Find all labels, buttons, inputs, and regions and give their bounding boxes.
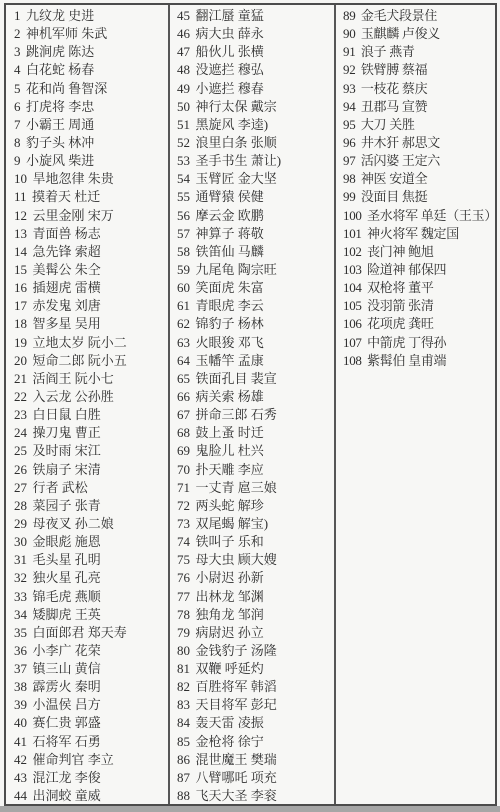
roster-row: 14急先锋 索超	[14, 243, 166, 261]
rank-number: 59	[177, 261, 190, 279]
rank-number: 97	[343, 152, 355, 170]
hero-entry-text: 美髯公 朱仝	[32, 262, 100, 277]
roster-column-3: 89金毛犬段景住90玉麒麟 卢俊义91浪子 燕青92铁臂膊 蔡福93一枝花 蔡庆…	[343, 7, 493, 804]
roster-row: 5花和尚 鲁智深	[14, 80, 166, 98]
roster-row: 94丑郡马 宣赞	[343, 98, 493, 116]
roster-row: 105没羽箭 张清	[343, 297, 493, 315]
rank-number: 89	[343, 7, 355, 25]
rank-number: 11	[14, 188, 27, 206]
hero-entry-text: 活闪婆 王定六	[361, 153, 440, 168]
hero-entry-text: 丑郡马 宣赞	[361, 99, 427, 114]
hero-entry-text: 翻江蜃 童猛	[195, 8, 263, 23]
hero-entry-text: 小温侯 吕方	[32, 697, 100, 712]
rank-number: 56	[177, 207, 190, 225]
rank-number: 69	[177, 442, 190, 460]
hero-entry-text: 鼓上蚤 时迁	[195, 425, 263, 440]
rank-number: 82	[177, 678, 190, 696]
rank-number: 65	[177, 370, 190, 388]
roster-row: 38霹雳火 秦明	[14, 678, 166, 696]
rank-number: 16	[14, 279, 27, 297]
hero-entry-text: 船伙儿 张横	[195, 44, 263, 59]
hero-entry-text: 百胜将军 韩滔	[195, 679, 276, 694]
roster-row: 2神机军师 朱武	[14, 25, 166, 43]
hero-entry-text: 神算子 蒋敬	[195, 226, 263, 241]
roster-row: 70扑天雕 李应	[177, 461, 332, 479]
hero-entry-text: 火眼狻 邓飞	[195, 335, 263, 350]
roster-row: 23白日鼠 白胜	[14, 406, 166, 424]
roster-row: 7小霸王 周通	[14, 116, 166, 134]
rank-number: 83	[177, 696, 190, 714]
rank-number: 79	[177, 624, 190, 642]
rank-number: 96	[343, 134, 355, 152]
hero-entry-text: 催命判官 李立	[32, 752, 113, 767]
roster-row: 69鬼脸儿 杜兴	[177, 442, 332, 460]
roster-row: 54玉臂匠 金大坚	[177, 170, 332, 188]
rank-number: 58	[177, 243, 190, 261]
rank-number: 60	[177, 279, 190, 297]
rank-number: 34	[14, 606, 27, 624]
hero-entry-text: 云里金刚 宋万	[32, 208, 113, 223]
hero-entry-text: 智多星 吴用	[32, 316, 100, 331]
rank-number: 70	[177, 461, 190, 479]
hero-entry-text: 紫髯伯 皇甫端	[367, 353, 446, 368]
roster-row: 86混世魔王 樊瑞	[177, 751, 332, 769]
rank-number: 39	[14, 696, 27, 714]
hero-entry-text: 青眼虎 李云	[195, 298, 263, 313]
hero-entry-text: 金眼彪 施恩	[32, 534, 100, 549]
hero-entry-text: 黑旋风 李逵)	[195, 117, 268, 132]
roster-row: 53圣手书生 萧让)	[177, 152, 332, 170]
hero-entry-text: 大刀 关胜	[361, 117, 415, 132]
roster-row: 1九纹龙 史进	[14, 7, 166, 25]
hero-entry-text: 铁面孔目 裴宣	[195, 371, 276, 386]
hero-entry-text: 入云龙 公孙胜	[32, 389, 113, 404]
rank-number: 35	[14, 624, 27, 642]
rank-number: 90	[343, 25, 355, 43]
hero-entry-text: 锦毛虎 燕顺	[32, 589, 100, 604]
roster-row: 50神行太保 戴宗	[177, 98, 332, 116]
hero-entry-text: 小旋风 柴进	[26, 153, 94, 168]
rank-number: 84	[177, 714, 190, 732]
hero-entry-text: 摩云金 欧鹏	[195, 208, 263, 223]
roster-row: 64玉幡竿 孟康	[177, 352, 332, 370]
hero-entry-text: 菜园子 张青	[32, 498, 100, 513]
rank-number: 2	[14, 25, 21, 43]
rank-number: 50	[177, 98, 190, 116]
hero-entry-text: 没遮拦 穆弘	[195, 62, 263, 77]
rank-number: 64	[177, 352, 190, 370]
hero-entry-text: 活阎王 阮小七	[32, 371, 113, 386]
roster-row: 74铁叫子 乐和	[177, 533, 332, 551]
column-divider-2	[334, 5, 336, 804]
roster-row: 97活闪婆 王定六	[343, 152, 493, 170]
rank-number: 92	[343, 61, 355, 79]
rank-number: 52	[177, 134, 190, 152]
rank-number: 31	[14, 551, 27, 569]
roster-row: 9小旋风 柴进	[14, 152, 166, 170]
rank-number: 37	[14, 660, 27, 678]
hero-entry-text: 飞天大圣 李衮	[195, 788, 276, 803]
rank-number: 41	[14, 733, 27, 751]
roster-row: 84轰天雷 凌振	[177, 714, 332, 732]
roster-row: 107中箭虎 丁得孙	[343, 334, 493, 352]
hero-entry-text: 中箭虎 丁得孙	[367, 335, 446, 350]
rank-number: 14	[14, 243, 27, 261]
column-divider-1	[168, 5, 170, 804]
rank-number: 108	[343, 352, 362, 370]
roster-row: 67拼命三郎 石秀	[177, 406, 332, 424]
rank-number: 91	[343, 43, 355, 61]
hero-entry-text: 鬼脸儿 杜兴	[195, 443, 263, 458]
roster-row: 12云里金刚 宋万	[14, 207, 166, 225]
rank-number: 3	[14, 43, 21, 61]
rank-number: 44	[14, 787, 27, 804]
hero-entry-text: 及时雨 宋江	[32, 443, 100, 458]
hero-entry-text: 双枪将 董平	[367, 280, 433, 295]
roster-row: 68鼓上蚤 时迁	[177, 424, 332, 442]
roster-row: 48没遮拦 穆弘	[177, 61, 332, 79]
rank-number: 102	[343, 243, 362, 261]
roster-row: 35白面郎君 郑天寿	[14, 624, 166, 642]
rank-number: 29	[14, 515, 27, 533]
roster-row: 21活阎王 阮小七	[14, 370, 166, 388]
hero-entry-text: 铁扇子 宋清	[32, 462, 100, 477]
hero-entry-text: 小李广 花荣	[32, 643, 100, 658]
hero-entry-text: 玉幡竿 孟康	[195, 353, 263, 368]
roster-row: 73双尾蝎 解宝)	[177, 515, 332, 533]
hero-entry-text: 神机军师 朱武	[26, 26, 107, 41]
roster-row: 63火眼狻 邓飞	[177, 334, 332, 352]
roster-row: 47船伙儿 张横	[177, 43, 332, 61]
hero-entry-text: 九纹龙 史进	[26, 8, 94, 23]
roster-row: 3跳涧虎 陈达	[14, 43, 166, 61]
rank-number: 75	[177, 551, 190, 569]
rank-number: 99	[343, 188, 355, 206]
rank-number: 86	[177, 751, 190, 769]
hero-entry-text: 短命二郎 阮小五	[32, 353, 126, 368]
roster-row: 51黑旋风 李逵)	[177, 116, 332, 134]
hero-entry-text: 锦豹子 杨林	[195, 316, 263, 331]
hero-entry-text: 轰天雷 凌振	[195, 715, 263, 730]
rank-number: 100	[343, 207, 362, 225]
hero-entry-text: 混江龙 李俊	[32, 770, 100, 785]
roster-row: 77出林龙 邹渊	[177, 588, 332, 606]
rank-number: 12	[14, 207, 27, 225]
roster-row: 87八臂哪吒 项充	[177, 769, 332, 787]
hero-entry-text: 金钱豹子 汤隆	[195, 643, 276, 658]
rank-number: 85	[177, 733, 190, 751]
roster-row: 90玉麒麟 卢俊义	[343, 25, 493, 43]
hero-entry-text: 独火星 孔亮	[32, 570, 100, 585]
rank-number: 68	[177, 424, 190, 442]
hero-entry-text: 铁臂膊 蔡福	[361, 62, 427, 77]
hero-entry-text: 玉麒麟 卢俊义	[361, 26, 440, 41]
roster-row: 31毛头星 孔明	[14, 551, 166, 569]
hero-entry-text: 一丈青 扈三娘	[195, 480, 276, 495]
rank-number: 67	[177, 406, 190, 424]
roster-row: 10旱地忽律 朱贵	[14, 170, 166, 188]
rank-number: 28	[14, 497, 27, 515]
roster-row: 29母夜叉 孙二娘	[14, 515, 166, 533]
rank-number: 78	[177, 606, 190, 624]
hero-entry-text: 浪里白条 张顺	[195, 135, 276, 150]
rank-number: 103	[343, 261, 362, 279]
rank-number: 25	[14, 442, 27, 460]
roster-row: 59九尾龟 陶宗旺	[177, 261, 332, 279]
rank-number: 24	[14, 424, 27, 442]
roster-row: 40赛仁贵 郭盛	[14, 714, 166, 732]
rank-number: 19	[14, 334, 27, 352]
hero-entry-text: 双尾蝎 解宝)	[195, 516, 268, 531]
roster-row: 98神医 安道全	[343, 170, 493, 188]
roster-row: 24操刀鬼 曹正	[14, 424, 166, 442]
hero-entry-text: 病大虫 薛永	[195, 26, 263, 41]
roster-row: 20短命二郎 阮小五	[14, 352, 166, 370]
hero-entry-text: 霹雳火 秦明	[32, 679, 100, 694]
hero-entry-text: 没羽箭 张清	[367, 298, 433, 313]
hero-entry-text: 玉臂匠 金大坚	[195, 171, 276, 186]
rank-number: 46	[177, 25, 190, 43]
rank-number: 5	[14, 80, 21, 98]
rank-number: 77	[177, 588, 190, 606]
hero-entry-text: 出洞蛟 童威	[32, 788, 100, 803]
rank-number: 93	[343, 80, 355, 98]
hero-entry-text: 笑面虎 朱富	[195, 280, 263, 295]
hero-entry-text: 赤发鬼 刘唐	[32, 298, 100, 313]
roster-row: 92铁臂膊 蔡福	[343, 61, 493, 79]
rank-number: 36	[14, 642, 27, 660]
roster-row: 88飞天大圣 李衮	[177, 787, 332, 804]
roster-row: 42催命判官 李立	[14, 751, 166, 769]
hero-entry-text: 花项虎 龚旺	[367, 316, 433, 331]
rank-number: 40	[14, 714, 27, 732]
hero-entry-text: 铁叫子 乐和	[195, 534, 263, 549]
roster-row: 66病关索 杨雄	[177, 388, 332, 406]
roster-row: 13青面兽 杨志	[14, 225, 166, 243]
roster-row: 22入云龙 公孙胜	[14, 388, 166, 406]
roster-row: 15美髯公 朱仝	[14, 261, 166, 279]
roster-row: 52浪里白条 张顺	[177, 134, 332, 152]
roster-row: 79病尉迟 孙立	[177, 624, 332, 642]
roster-row: 80金钱豹子 汤隆	[177, 642, 332, 660]
rank-number: 1	[14, 7, 21, 25]
rank-number: 63	[177, 334, 190, 352]
roster-row: 44出洞蛟 童威	[14, 787, 166, 804]
roster-row: 93一枝花 蔡庆	[343, 80, 493, 98]
roster-row: 96井木犴 郝思文	[343, 134, 493, 152]
hero-entry-text: 扑天雕 李应	[195, 462, 263, 477]
rank-number: 71	[177, 479, 190, 497]
hero-entry-text: 白日鼠 白胜	[32, 407, 100, 422]
hero-entry-text: 九尾龟 陶宗旺	[195, 262, 276, 277]
hero-entry-text: 母夜叉 孙二娘	[32, 516, 113, 531]
roster-row: 49小遮拦 穆春	[177, 80, 332, 98]
roster-row: 25及时雨 宋江	[14, 442, 166, 460]
roster-row: 46病大虫 薛永	[177, 25, 332, 43]
roster-row: 36小李广 花荣	[14, 642, 166, 660]
rank-number: 10	[14, 170, 27, 188]
roster-row: 55通臂猿 侯健	[177, 188, 332, 206]
rank-number: 42	[14, 751, 27, 769]
page-bottom-edge	[0, 806, 500, 812]
rank-number: 98	[343, 170, 355, 188]
rank-number: 53	[177, 152, 190, 170]
rank-number: 30	[14, 533, 27, 551]
rank-number: 49	[177, 80, 190, 98]
hero-entry-text: 铁笛仙 马麟	[195, 244, 263, 259]
rank-number: 87	[177, 769, 190, 787]
rank-number: 106	[343, 315, 362, 333]
roster-row: 30金眼彪 施恩	[14, 533, 166, 551]
roster-row: 18智多星 吴用	[14, 315, 166, 333]
rank-number: 81	[177, 660, 190, 678]
roster-row: 39小温侯 吕方	[14, 696, 166, 714]
hero-entry-text: 操刀鬼 曹正	[32, 425, 100, 440]
hero-entry-text: 圣手书生 萧让)	[195, 153, 281, 168]
hero-entry-text: 金枪将 徐宁	[195, 734, 263, 749]
hero-entry-text: 摸着天 杜迁	[32, 189, 100, 204]
rank-number: 107	[343, 334, 362, 352]
roster-row: 83天目将军 彭玘	[177, 696, 332, 714]
roster-column-1: 1九纹龙 史进2神机军师 朱武3跳涧虎 陈达4白花蛇 杨春5花和尚 鲁智深6打虎…	[14, 7, 166, 804]
rank-number: 80	[177, 642, 190, 660]
hero-entry-text: 小遮拦 穆春	[195, 81, 263, 96]
rank-number: 47	[177, 43, 190, 61]
rank-number: 7	[14, 116, 21, 134]
rank-number: 23	[14, 406, 27, 424]
hero-entry-text: 急先锋 索超	[32, 244, 100, 259]
rank-number: 74	[177, 533, 190, 551]
rank-number: 104	[343, 279, 362, 297]
roster-row: 103险道神 郁保四	[343, 261, 493, 279]
roster-row: 11摸着天 杜迁	[14, 188, 166, 206]
roster-row: 16插翅虎 雷横	[14, 279, 166, 297]
hero-entry-text: 毛头星 孔明	[32, 552, 100, 567]
roster-row: 45翻江蜃 童猛	[177, 7, 332, 25]
rank-number: 8	[14, 134, 21, 152]
hero-entry-text: 井木犴 郝思文	[361, 135, 440, 150]
hero-entry-text: 赛仁贵 郭盛	[32, 715, 100, 730]
roster-row: 19立地太岁 阮小二	[14, 334, 166, 352]
roster-row: 33锦毛虎 燕顺	[14, 588, 166, 606]
rank-number: 33	[14, 588, 27, 606]
hero-entry-text: 丧门神 鲍旭	[367, 244, 433, 259]
roster-row: 91浪子 燕青	[343, 43, 493, 61]
rank-number: 38	[14, 678, 27, 696]
rank-number: 20	[14, 352, 27, 370]
rank-number: 4	[14, 61, 21, 79]
roster-row: 41石将军 石勇	[14, 733, 166, 751]
hero-entry-text: 花和尚 鲁智深	[26, 81, 107, 96]
roster-row: 60笑面虎 朱富	[177, 279, 332, 297]
hero-entry-text: 出林龙 邹渊	[195, 589, 263, 604]
rank-number: 32	[14, 569, 27, 587]
hero-entry-text: 险道神 郁保四	[367, 262, 446, 277]
roster-row: 65铁面孔目 裴宣	[177, 370, 332, 388]
roster-row: 4白花蛇 杨春	[14, 61, 166, 79]
roster-row: 101神火将军 魏定国	[343, 225, 493, 243]
roster-row: 56摩云金 欧鹏	[177, 207, 332, 225]
roster-row: 71一丈青 扈三娘	[177, 479, 332, 497]
rank-number: 88	[177, 787, 190, 804]
roster-row: 78独角龙 邹润	[177, 606, 332, 624]
hero-entry-text: 双鞭 呼延灼	[195, 661, 263, 676]
rank-number: 43	[14, 769, 27, 787]
hero-entry-text: 病关索 杨雄	[195, 389, 263, 404]
hero-entry-text: 插翅虎 雷横	[32, 280, 100, 295]
roster-row: 34矮脚虎 王英	[14, 606, 166, 624]
hero-entry-text: 独角龙 邹润	[195, 607, 263, 622]
roster-row: 37镇三山 黄信	[14, 660, 166, 678]
hero-entry-text: 白花蛇 杨春	[26, 62, 94, 77]
roster-row: 27行者 武松	[14, 479, 166, 497]
hero-entry-text: 镇三山 黄信	[32, 661, 100, 676]
rank-number: 95	[343, 116, 355, 134]
hero-entry-text: 一枝花 蔡庆	[361, 81, 427, 96]
rank-number: 17	[14, 297, 27, 315]
roster-row: 82百胜将军 韩滔	[177, 678, 332, 696]
rank-number: 18	[14, 315, 27, 333]
rank-number: 48	[177, 61, 190, 79]
hero-entry-text: 两头蛇 解珍	[195, 498, 263, 513]
hero-entry-text: 没面目 焦挺	[361, 189, 427, 204]
roster-row: 17赤发鬼 刘唐	[14, 297, 166, 315]
roster-row: 85金枪将 徐宁	[177, 733, 332, 751]
rank-number: 101	[343, 225, 362, 243]
rank-number: 61	[177, 297, 190, 315]
roster-row: 28菜园子 张青	[14, 497, 166, 515]
scanned-page: 1九纹龙 史进2神机军师 朱武3跳涧虎 陈达4白花蛇 杨春5花和尚 鲁智深6打虎…	[0, 0, 500, 812]
hero-entry-text: 行者 武松	[32, 480, 87, 495]
hero-entry-text: 神火将军 魏定国	[367, 226, 459, 241]
rank-number: 66	[177, 388, 190, 406]
rank-number: 21	[14, 370, 27, 388]
rank-number: 54	[177, 170, 190, 188]
roster-row: 104双枪将 董平	[343, 279, 493, 297]
rank-number: 22	[14, 388, 27, 406]
hero-entry-text: 矮脚虎 王英	[32, 607, 100, 622]
rank-number: 55	[177, 188, 190, 206]
roster-row: 57神算子 蒋敬	[177, 225, 332, 243]
roster-row: 76小尉迟 孙新	[177, 569, 332, 587]
rank-number: 9	[14, 152, 21, 170]
rank-number: 57	[177, 225, 190, 243]
rank-number: 26	[14, 461, 27, 479]
roster-row: 106花项虎 龚旺	[343, 315, 493, 333]
hero-entry-text: 小霸王 周通	[26, 117, 94, 132]
rank-number: 45	[177, 7, 190, 25]
roster-column-2: 45翻江蜃 童猛46病大虫 薛永47船伙儿 张横48没遮拦 穆弘49小遮拦 穆春…	[177, 7, 332, 804]
hero-entry-text: 立地太岁 阮小二	[32, 335, 126, 350]
hero-entry-text: 小尉迟 孙新	[195, 570, 263, 585]
heroes-roster-table: 1九纹龙 史进2神机军师 朱武3跳涧虎 陈达4白花蛇 杨春5花和尚 鲁智深6打虎…	[4, 3, 497, 806]
rank-number: 72	[177, 497, 190, 515]
hero-entry-text: 八臂哪吒 项充	[195, 770, 276, 785]
hero-entry-text: 病尉迟 孙立	[195, 625, 263, 640]
rank-number: 105	[343, 297, 362, 315]
hero-entry-text: 圣水将军 单廷（王玉）	[367, 208, 493, 223]
roster-row: 6打虎将 李忠	[14, 98, 166, 116]
roster-row: 72两头蛇 解珍	[177, 497, 332, 515]
roster-row: 43混江龙 李俊	[14, 769, 166, 787]
roster-row: 58铁笛仙 马麟	[177, 243, 332, 261]
hero-entry-text: 浪子 燕青	[361, 44, 415, 59]
hero-entry-text: 混世魔王 樊瑞	[195, 752, 276, 767]
hero-entry-text: 神医 安道全	[361, 171, 427, 186]
hero-entry-text: 通臂猿 侯健	[195, 189, 263, 204]
roster-row: 81双鞭 呼延灼	[177, 660, 332, 678]
roster-row: 8豹子头 林冲	[14, 134, 166, 152]
